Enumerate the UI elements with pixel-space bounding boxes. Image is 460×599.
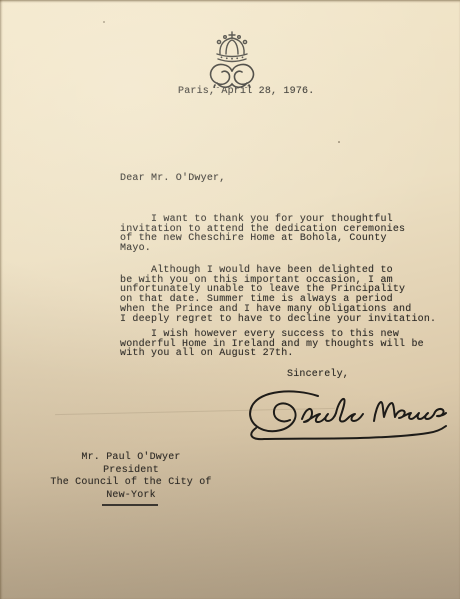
letter-paragraph-3: I wish however every success to this new… [120, 330, 424, 359]
address-underline [102, 504, 158, 506]
signature [232, 386, 457, 442]
recipient-address: Mr. Paul O'Dwyer President The Council o… [25, 452, 237, 502]
closing: Sincerely, [287, 370, 349, 380]
letter-photo: Paris, April 28, 1976. Dear Mr. O'Dwyer,… [0, 0, 460, 599]
paper-speck [338, 141, 340, 143]
salutation: Dear Mr. O'Dwyer, [120, 174, 225, 184]
letter-paragraph-1: I want to thank you for your thoughtful … [120, 215, 405, 254]
dateline: Paris, April 28, 1976. [178, 87, 314, 97]
letter-paragraph-2: Although I would have been delighted to … [120, 266, 436, 324]
paper-speck [103, 21, 105, 23]
crown-monogram-icon [200, 30, 264, 88]
